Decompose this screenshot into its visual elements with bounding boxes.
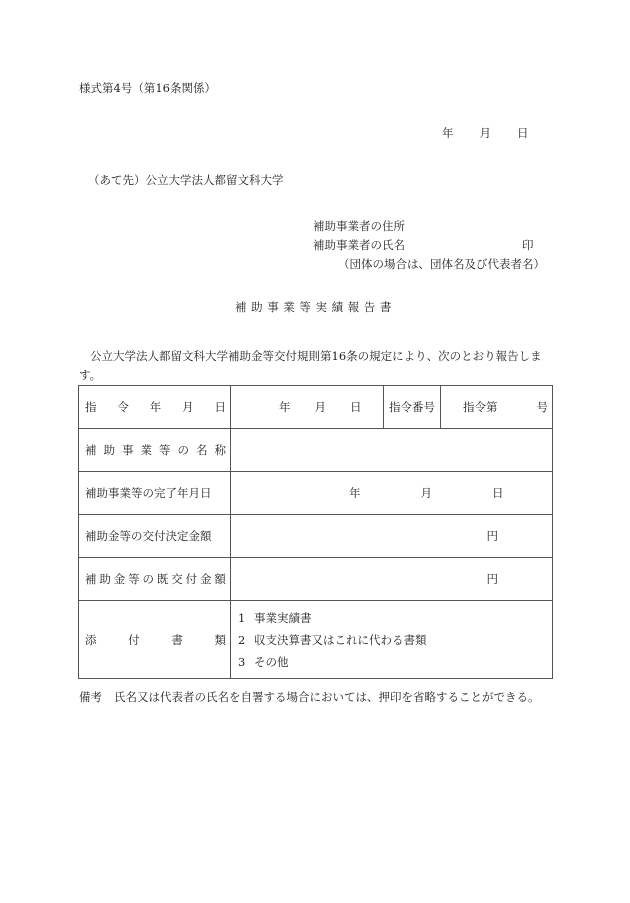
- remark-head: 備考: [79, 690, 102, 704]
- attachments-list: 1事業実績書 2収支決算書又はこれに代わる書類 3その他: [231, 601, 553, 679]
- date-day: 日: [517, 125, 529, 141]
- date-month: 月: [480, 125, 492, 141]
- addressee: （あて先）公立大学法人都留文科大学: [88, 172, 284, 188]
- applicant-note: （団体の場合は、団体名及び代表者名）: [338, 256, 545, 272]
- report-date: 年月日: [442, 125, 529, 141]
- applicant-name-label: 補助事業者の氏名: [313, 237, 405, 253]
- project-name-label: 補 助 事 業 等 の 名 称: [79, 429, 231, 472]
- order-number-field[interactable]: 指令第 号: [441, 386, 553, 429]
- table-row-project-name: 補 助 事 業 等 の 名 称: [79, 429, 553, 472]
- completion-date-label: 補助事業等の完了年月日: [79, 472, 231, 515]
- table-row-order-date: 指 令 年 月 日 年 月 日 指令番号 指令第 号: [79, 386, 553, 429]
- attachments-label: 添 付 書 類: [79, 601, 231, 679]
- yen-unit: 円: [487, 572, 499, 586]
- decided-amount-label: 補助金等の交付決定金額: [79, 515, 231, 558]
- report-table: 指 令 年 月 日 年 月 日 指令番号 指令第 号: [78, 385, 553, 679]
- completion-date-field[interactable]: 年 月 日: [231, 472, 553, 515]
- paid-amount-label: 補 助 金 等 の 既 交 付 金 額: [79, 558, 231, 601]
- project-name-field[interactable]: [231, 429, 553, 472]
- remark-text: 氏名又は代表者の氏名を自署する場合においては、押印を省略することができる。: [114, 690, 540, 704]
- applicant-address-label: 補助事業者の住所: [313, 218, 405, 234]
- body-text: 公立大学法人都留文科大学補助金等交付規則第16条の規定により、次のとおり報告しま…: [79, 347, 557, 385]
- table-row-paid-amount: 補 助 金 等 の 既 交 付 金 額 円: [79, 558, 553, 601]
- document-title: 補助事業等実績報告書: [235, 299, 396, 315]
- paid-amount-field[interactable]: 円: [231, 558, 553, 601]
- seal-mark: 印: [522, 237, 534, 253]
- attachment-item: 1事業実績書: [238, 607, 552, 629]
- remark: 備考氏名又は代表者の氏名を自署する場合においては、押印を省略することができる。: [79, 689, 540, 705]
- decided-amount-field[interactable]: 円: [231, 515, 553, 558]
- form-number: 様式第4号（第16条関係）: [79, 80, 216, 96]
- date-year: 年: [442, 125, 454, 141]
- table-row-attachments: 添 付 書 類 1事業実績書 2収支決算書又はこれに代わる書類 3その他: [79, 601, 553, 679]
- order-date-label: 指 令 年 月 日: [79, 386, 231, 429]
- yen-unit: 円: [487, 529, 499, 543]
- attachment-item: 2収支決算書又はこれに代わる書類: [238, 629, 552, 651]
- table-row-completion-date: 補助事業等の完了年月日 年 月 日: [79, 472, 553, 515]
- attachment-item: 3その他: [238, 651, 552, 673]
- order-date-field[interactable]: 年 月 日: [231, 386, 384, 429]
- table-row-decided-amount: 補助金等の交付決定金額 円: [79, 515, 553, 558]
- order-number-label: 指令番号: [384, 386, 441, 429]
